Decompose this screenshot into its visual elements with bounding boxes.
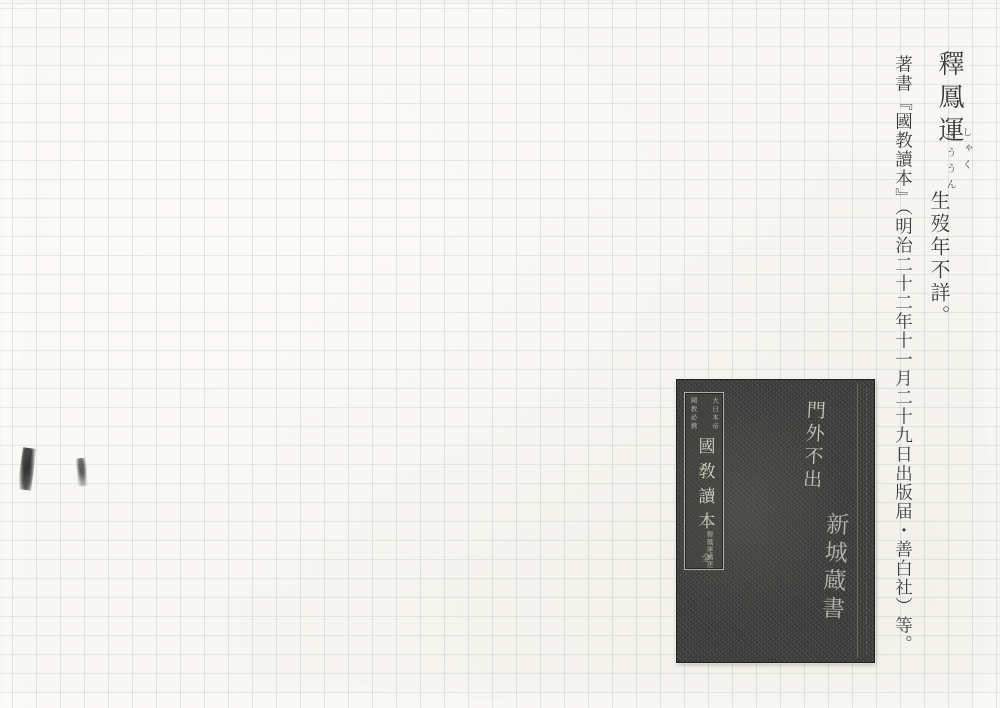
title-slip: 大日本帝 國敎必携 國敎讀本 釋鳳運講述 全 xyxy=(684,392,724,570)
book-title: 國敎讀本 xyxy=(696,437,713,537)
scanned-manuscript-page: 釋鳳運 しゃく ほううん 生歿年不詳。 著書『國教讀本』（明治二十二年十一月二十… xyxy=(0,0,1000,708)
book-cover-photo: 大日本帝 國敎必携 國敎讀本 釋鳳運講述 全 門外不出 新城蔵書 xyxy=(676,379,875,663)
book-author-line: 釋鳳運講述 xyxy=(706,531,713,569)
ink-smudge xyxy=(17,447,37,491)
cover-spine-line xyxy=(857,384,858,658)
inscription-mongai-fushutsu: 門外不出 xyxy=(801,400,825,493)
furigana-houun: ほううん xyxy=(944,131,954,195)
volume-mark: 全 xyxy=(700,553,709,562)
cover-binding-stitch xyxy=(866,388,867,654)
slip-header-line-2: 國敎必携 xyxy=(690,397,697,431)
inscription-shinjo-zosho: 新城蔵書 xyxy=(818,511,847,624)
ink-smudge xyxy=(75,457,90,486)
furigana-shaku: しゃく xyxy=(960,127,970,175)
life-dates-note: 生歿年不詳。 xyxy=(929,190,949,328)
title-slip-header: 大日本帝 國敎必携 xyxy=(685,397,723,441)
bibliography-note: 著書『國教讀本』（明治二十二年十一月二十九日出版届・善白社）等。 xyxy=(893,55,911,654)
slip-header-line-1: 大日本帝 xyxy=(712,397,719,431)
